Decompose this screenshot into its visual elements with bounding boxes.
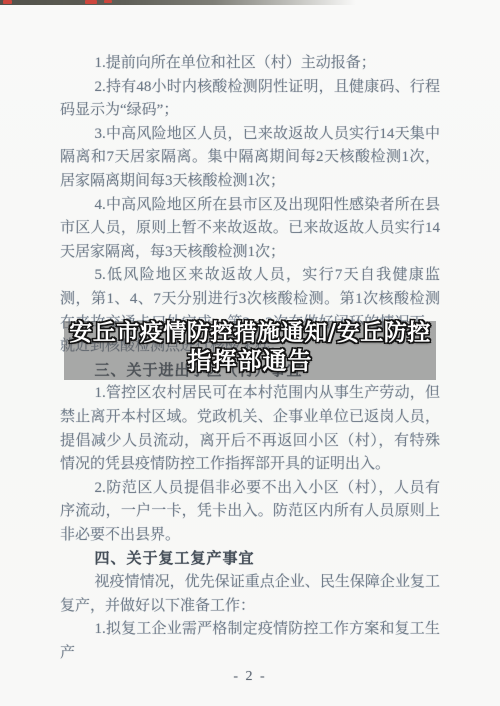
red-seal-mark (85, 0, 97, 4)
paragraph-6: 1.管控区农村居民可在本村范围内从事生产劳动，但禁止离开本村区域。党政机关、企事… (60, 382, 440, 476)
page-number: - 2 - (60, 665, 440, 689)
caption-overlay-title: 安丘市疫情防控措施通知/安丘防控 指挥部通告 (0, 318, 500, 375)
paragraph-9: 1.拟复工企业需严格制定疫情防控工作方案和复工生产 (60, 618, 440, 665)
scan-edge-artifact (0, 0, 356, 5)
paragraph-7: 2.防范区人员提倡非必要不出入小区（村），人员有序流动，一户一卡，凭卡出入。防范… (60, 477, 440, 548)
red-seal-mark (3, 0, 12, 4)
paragraph-2: 2.持有48小时内核酸检测阴性证明，且健康码、行程码显示为“绿码”； (60, 76, 440, 123)
caption-title-line2: 指挥部通告 (0, 348, 500, 375)
section-heading-4: 四、关于复工复产事宜 (60, 547, 440, 571)
paragraph-8: 视疫情情况，优先保证重点企业、民生保障企业复工复产，并做好以下准备工作： (60, 571, 440, 618)
paragraph-3: 3.中高风险地区人员，已来故返故人员实行14天集中隔离和7天居家隔离。集中隔离期… (60, 123, 440, 194)
paragraph-4: 4.中高风险地区所在县市区及出现阳性感染者所在县市区人员，原则上暂不来故返故。已… (60, 194, 440, 265)
red-seal-mark (104, 0, 112, 3)
paragraph-1: 1.提前向所在单位和社区（村）主动报备； (60, 52, 440, 76)
scanned-document-page: 1.提前向所在单位和社区（村）主动报备； 2.持有48小时内核酸检测阴性证明，且… (0, 0, 500, 706)
caption-title-line1: 安丘市疫情防控措施通知/安丘防控 (0, 318, 500, 348)
